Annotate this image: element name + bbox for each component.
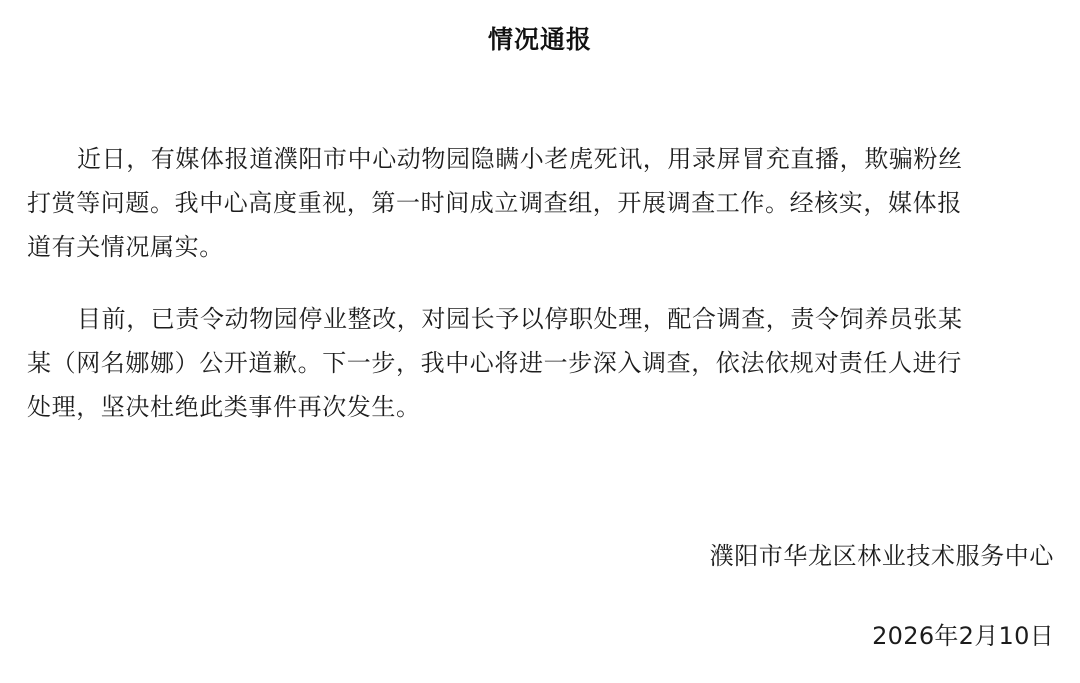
paragraph-line: 目前，已责令动物园停业整改，对园长予以停职处理，配合调查，责令饲养员张某: [27, 297, 1067, 341]
paragraph-line: 近日，有媒体报道濮阳市中心动物园隐瞒小老虎死讯，用录屏冒充直播，欺骗粉丝: [27, 137, 1067, 181]
paragraph-line: 处理，坚决杜绝此类事件再次发生。: [27, 385, 1067, 429]
signature-date: 2026年2月10日: [872, 618, 1054, 654]
signature-organization: 濮阳市华龙区林业技术服务中心: [710, 538, 1054, 574]
paragraph-line: 某（网名娜娜）公开道歉。下一步，我中心将进一步深入调查，依法依规对责任人进行: [27, 341, 1067, 385]
paragraph-line: 道有关情况属实。: [27, 225, 1067, 269]
document-title: 情况通报: [0, 22, 1080, 58]
paragraph-1: 近日，有媒体报道濮阳市中心动物园隐瞒小老虎死讯，用录屏冒充直播，欺骗粉丝 打赏等…: [27, 137, 1067, 269]
paragraph-line: 打赏等问题。我中心高度重视，第一时间成立调查组，开展调查工作。经核实，媒体报: [27, 181, 1067, 225]
paragraph-2: 目前，已责令动物园停业整改，对园长予以停职处理，配合调查，责令饲养员张某 某（网…: [27, 297, 1067, 429]
